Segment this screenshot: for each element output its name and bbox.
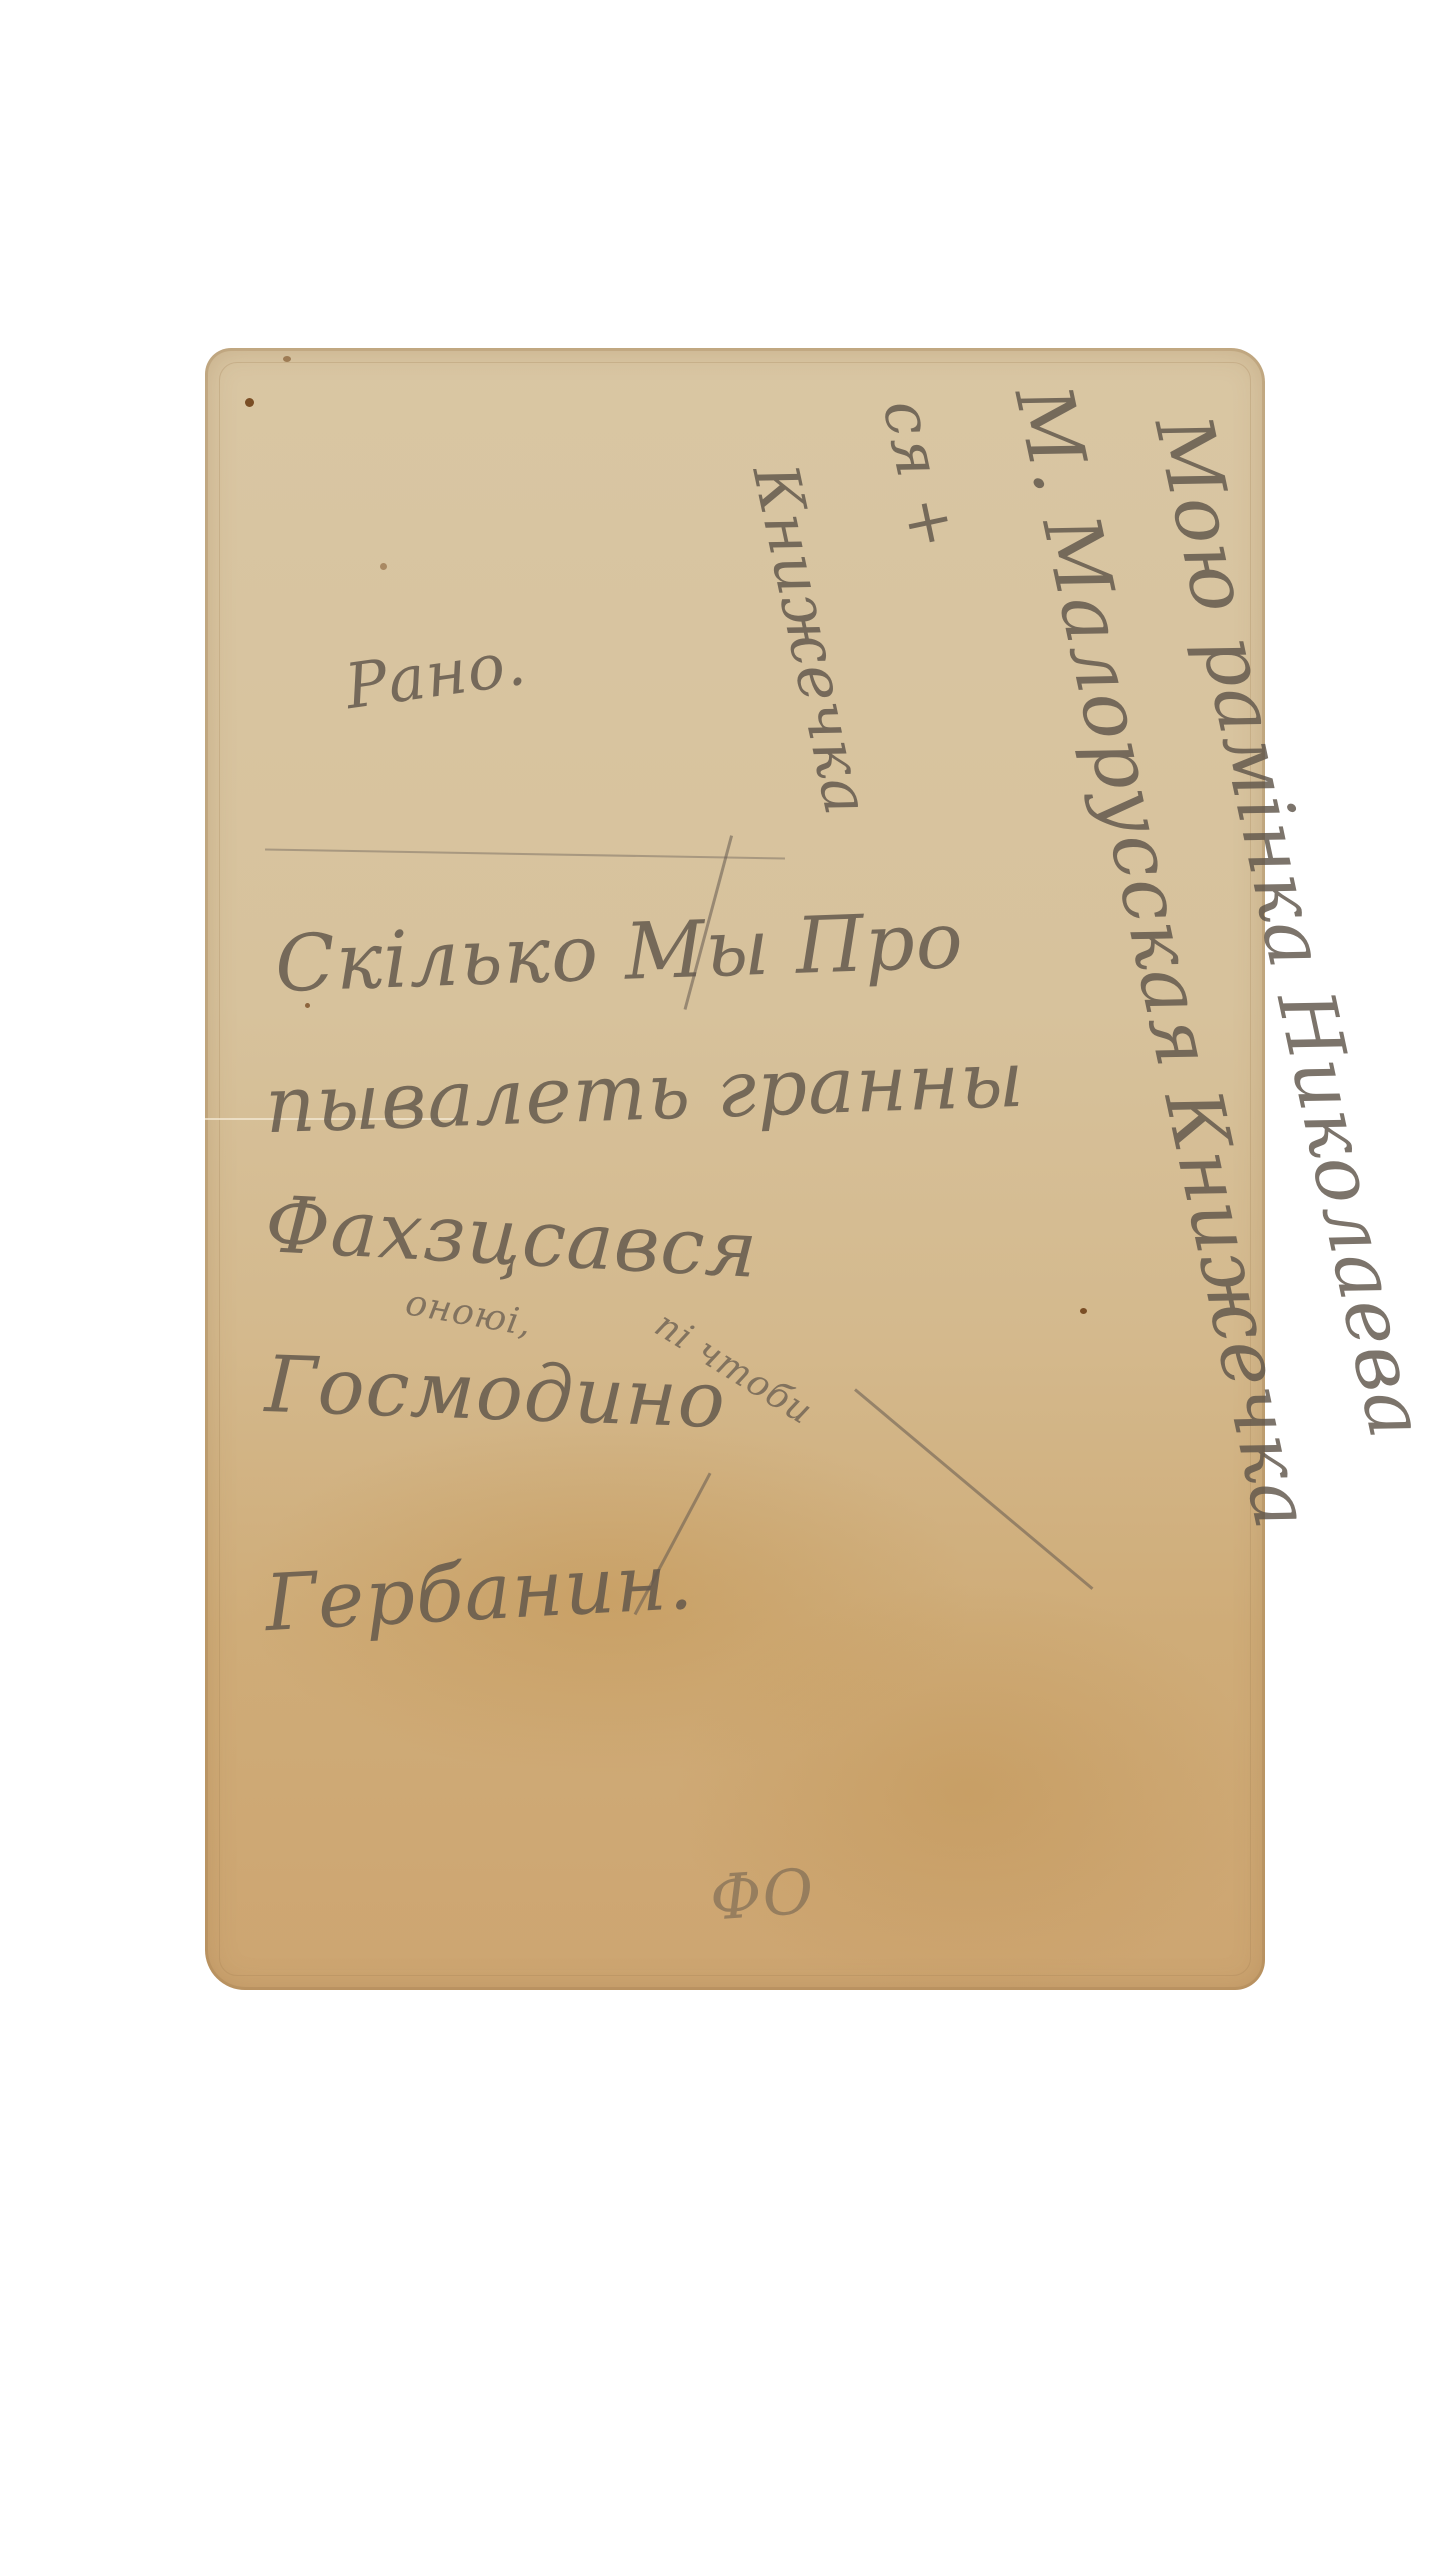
photo-card-back: Рано. Мою рамінка Николаева М. Малорусск… [205, 348, 1265, 1990]
stain-spot [283, 356, 291, 362]
horizontal-line-3: Фахзцсався [263, 1180, 760, 1296]
annotation-1: оноюі, [402, 1282, 535, 1345]
note-rano: Рано. [341, 626, 531, 724]
stain-spot [245, 398, 254, 407]
pencil-stroke [854, 1388, 1093, 1590]
horizontal-line-5: Гербанин. [263, 1537, 696, 1649]
stain-spot [380, 563, 387, 570]
horizontal-line-4: Госмодино [264, 1340, 728, 1446]
horizontal-line-1: Скілько Мы Про [274, 896, 966, 1010]
stain-spot [1080, 1308, 1087, 1314]
horizontal-line-2: пывалеть гранны [264, 1035, 1027, 1151]
vertical-line-3: ся + [869, 393, 972, 556]
vertical-line-4: Книжечка [739, 458, 885, 822]
pencil-divider-line [265, 848, 785, 859]
bottom-fragment: ФО [708, 1854, 817, 1934]
